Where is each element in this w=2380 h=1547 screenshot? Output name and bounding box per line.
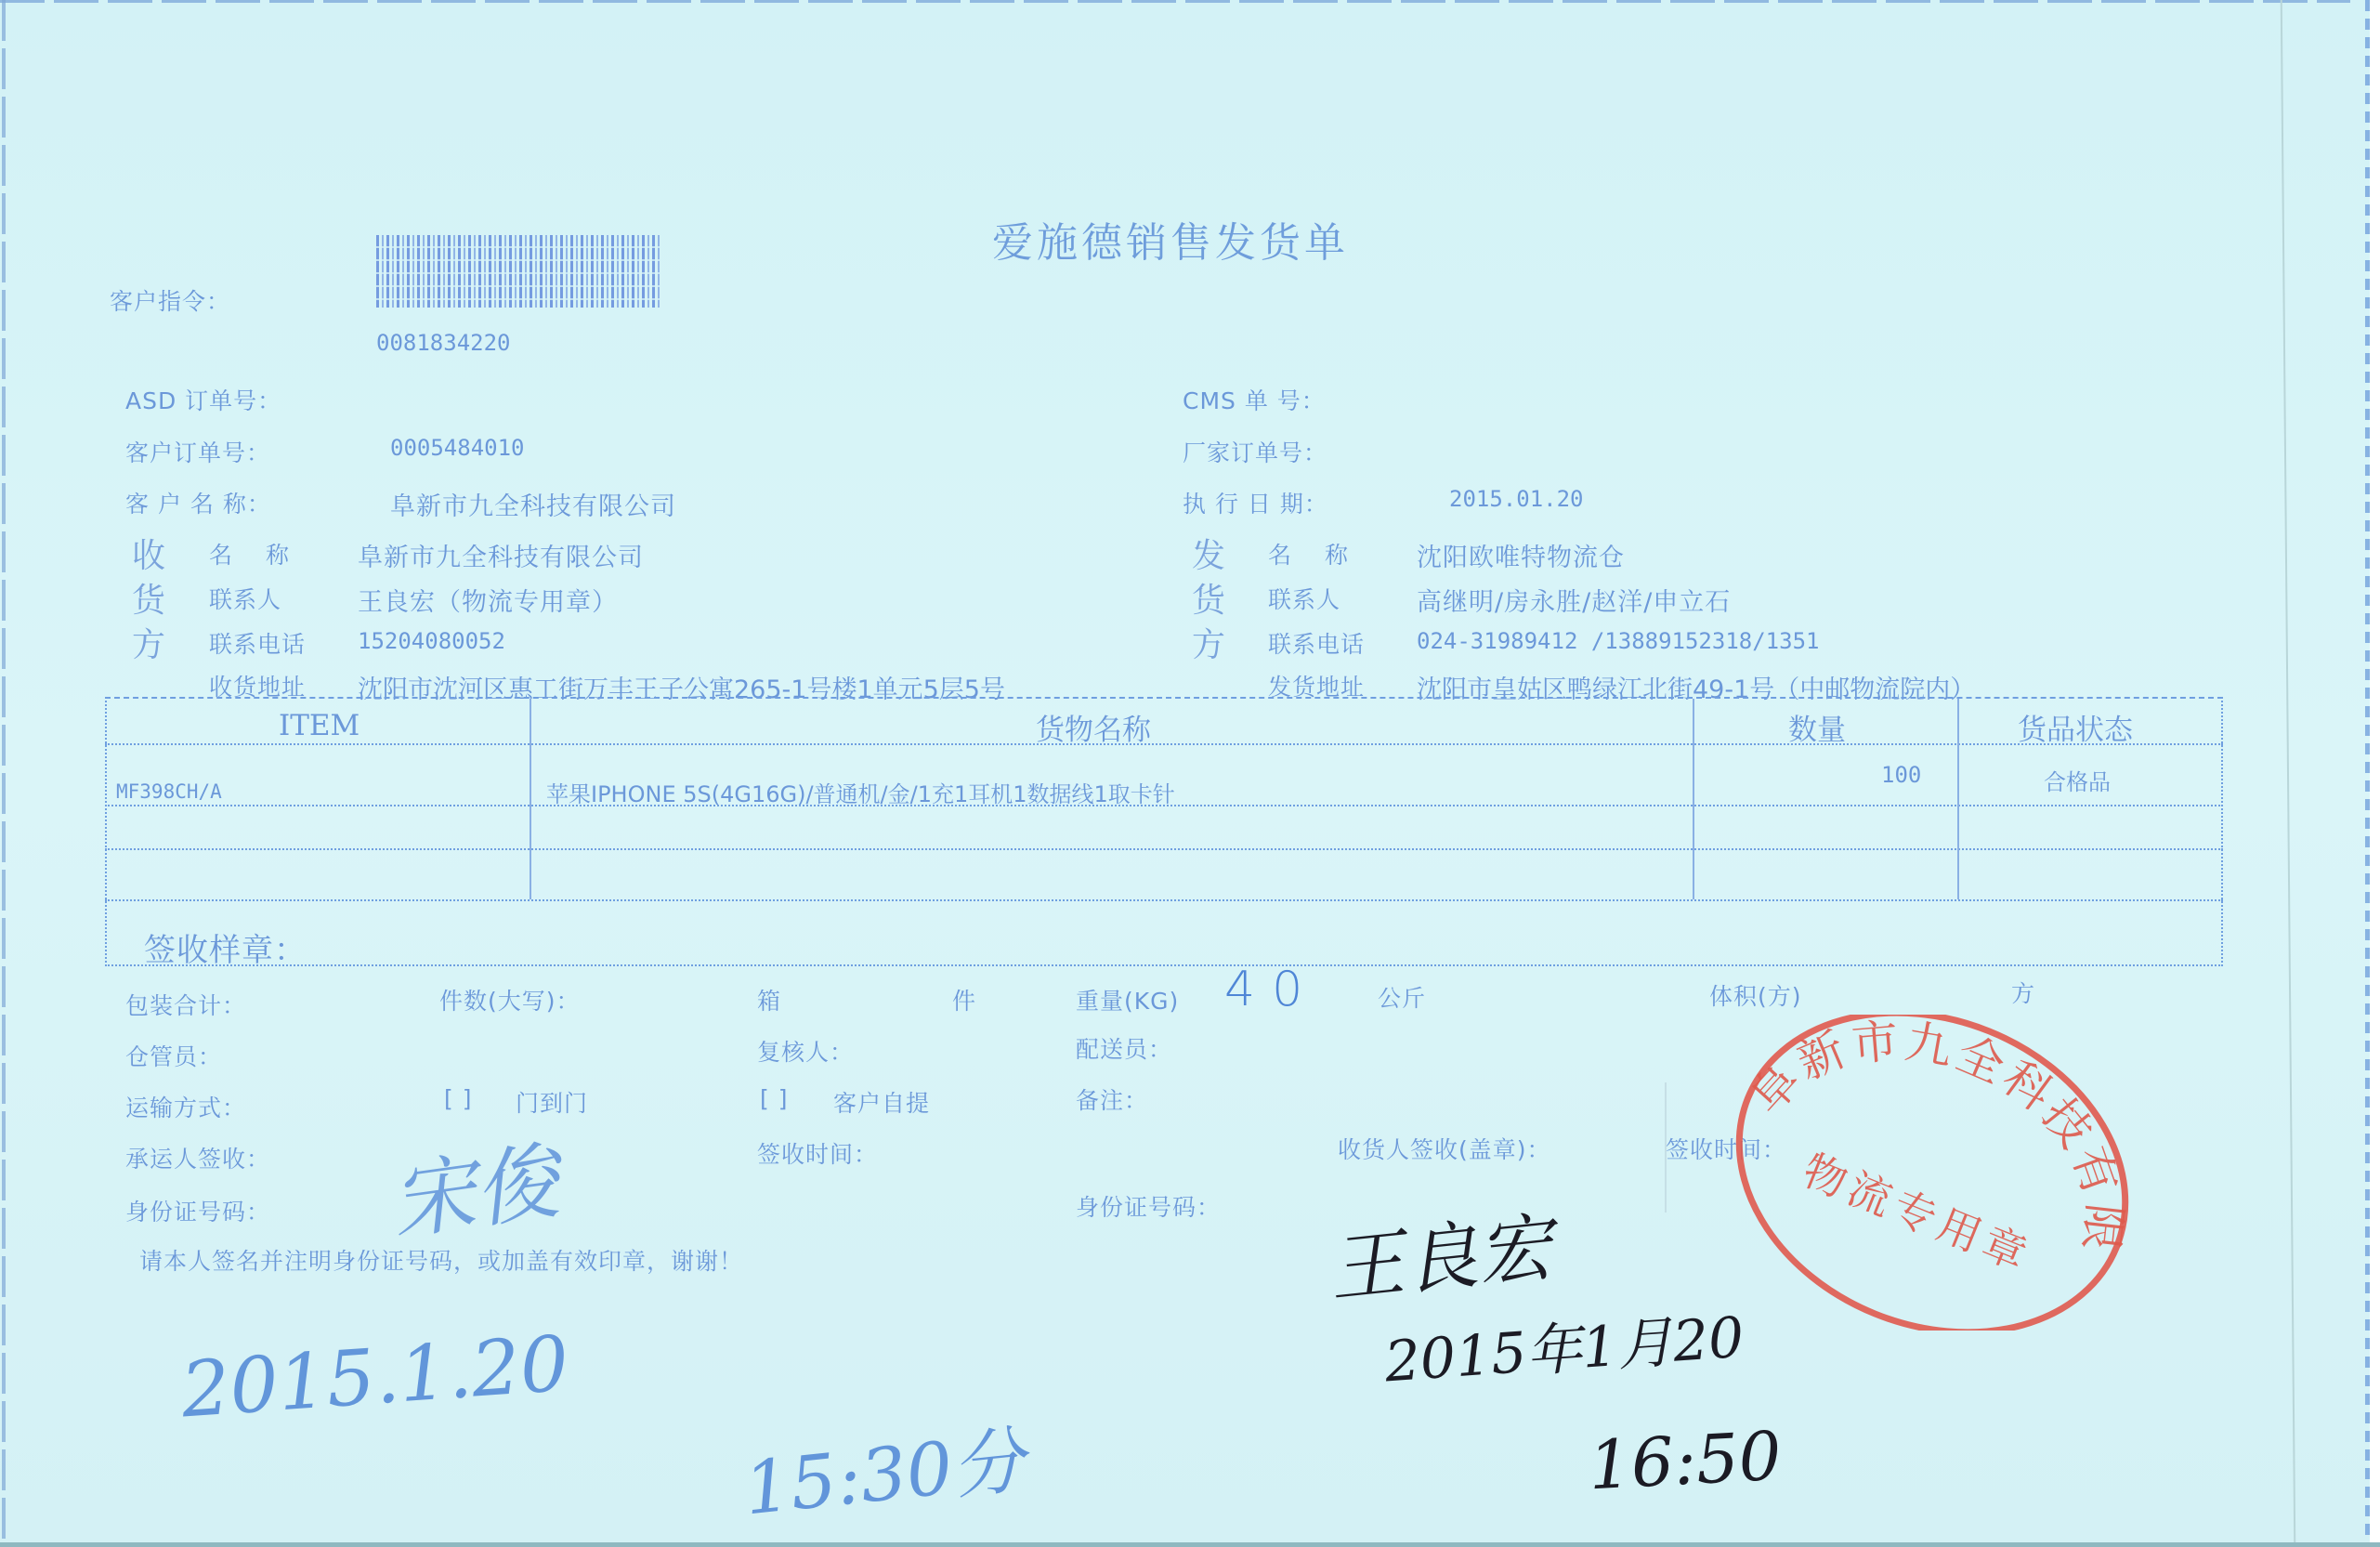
table-header-quantity: 数量: [1788, 706, 1846, 748]
consignee-time-handwritten: 16:50: [1587, 1417, 1784, 1505]
receiver-name-label: 名 称: [209, 537, 302, 570]
door-to-door-label: 门到门: [516, 1085, 588, 1119]
table-header-divider: [105, 743, 2223, 745]
exec-date-value: 2015.01.20: [1449, 486, 1584, 512]
row-quantity: 100: [1881, 762, 1921, 788]
customer-order-value: 0005484010: [390, 435, 525, 461]
customer-name-value: 阜新市九全科技有限公司: [390, 486, 676, 522]
consignee-id-number-label: 身份证号码：: [1076, 1189, 1221, 1223]
customer-instruction-number: 0081834220: [376, 330, 511, 356]
sign-time-label: 签收时间：: [757, 1136, 878, 1170]
sender-phone-value: 024-31989412 /13889152318/1351: [1417, 628, 1819, 654]
warehouse-keeper-label: 仓管员：: [125, 1039, 222, 1072]
pieces-label: 件数(大写)：: [439, 983, 581, 1016]
carrier-signature-handwritten: 宋俊: [383, 1113, 565, 1256]
package-total-label: 包装合计：: [125, 988, 246, 1021]
volume-label: 体积(方): [1709, 978, 1802, 1012]
receiver-contact-value: 王良宏（物流专用章）: [358, 582, 618, 618]
delivery-person-label: 配送员：: [1076, 1031, 1172, 1065]
sign-sample-label: 签收样章：: [144, 924, 307, 970]
self-pickup-label: 客户自提: [833, 1085, 930, 1119]
sender-contact-value: 高继明/房永胜/赵洋/申立石: [1417, 582, 1731, 618]
signature-divider: [1665, 1082, 1667, 1213]
carrier-id-number-label: 身份证号码：: [125, 1194, 270, 1227]
table-col-divider: [1957, 699, 1959, 899]
weight-label: 重量(KG): [1076, 983, 1179, 1016]
receiver-side-char-2: 货: [132, 574, 166, 622]
receiver-side-char-1: 收: [132, 530, 166, 577]
factory-order-label: 厂家订单号：: [1183, 435, 1327, 468]
row-goods-status: 合格品: [2044, 764, 2111, 796]
company-seal-stamp: 阜新市九全科技有限公司: [1728, 1015, 2137, 1331]
receiver-contact-label: 联系人: [209, 582, 281, 615]
customer-instruction-label: 客户指令：: [110, 283, 230, 317]
self-pickup-checkbox[interactable]: [ ]: [760, 1085, 788, 1112]
piece-unit-label: 件: [952, 983, 976, 1016]
table-col-divider: [530, 699, 531, 899]
reviewer-label: 复核人：: [757, 1034, 854, 1068]
sender-side-char-1: 发: [1192, 530, 1226, 577]
exec-date-label: 执 行 日 期：: [1183, 486, 1328, 519]
receiver-phone-value: 15204080052: [358, 628, 505, 654]
sender-name-label: 名 称: [1268, 537, 1361, 570]
weight-unit: 公斤: [1378, 980, 1426, 1014]
asd-order-label: ASD 订单号：: [125, 383, 281, 416]
transport-method-label: 运输方式：: [125, 1090, 246, 1123]
sender-side-char-2: 货: [1192, 574, 1226, 622]
table-header-item: ITEM: [279, 709, 360, 742]
barcode-icon: [376, 235, 660, 308]
table-row-divider: [105, 899, 2223, 901]
consignee-sign-label: 收货人签收(盖章)：: [1338, 1132, 1551, 1165]
sender-contact-label: 联系人: [1268, 582, 1340, 615]
sender-name-value: 沈阳欧唯特物流仓: [1417, 537, 1625, 573]
goods-table: [105, 697, 2223, 966]
weight-value-handwritten: 40: [1224, 962, 1319, 1017]
door-to-door-checkbox[interactable]: [ ]: [444, 1085, 472, 1112]
box-label: 箱: [757, 983, 781, 1016]
receiver-name-value: 阜新市九全科技有限公司: [358, 537, 644, 573]
customer-name-label: 客 户 名 称：: [125, 486, 271, 519]
receiver-phone-label: 联系电话: [209, 626, 306, 660]
paper-right-margin: [2370, 0, 2380, 1547]
row-item-code: MF398CH/A: [116, 780, 222, 803]
customer-order-label: 客户订单号：: [125, 435, 270, 468]
receiver-side-char-3: 方: [132, 619, 166, 666]
table-header-goods-name: 货物名称: [1036, 706, 1151, 748]
perforated-left-edge: [2, 0, 6, 1547]
volume-unit: 方: [2011, 976, 2035, 1009]
remarks-label: 备注：: [1076, 1082, 1148, 1116]
table-header-goods-status: 货品状态: [2018, 706, 2133, 748]
document-title: 爱施德销售发货单: [992, 209, 1349, 269]
carrier-sign-label: 承运人签收：: [125, 1141, 270, 1174]
cms-number-label: CMS 单 号：: [1183, 383, 1326, 416]
sender-side-char-3: 方: [1192, 619, 1226, 666]
perforated-top-edge: [0, 0, 2350, 3]
row-goods-name: 苹果IPHONE 5S(4G16G)/普通机/金/1充1耳机1数据线1取卡针: [546, 776, 1175, 808]
paper-bottom-edge: [0, 1542, 2380, 1547]
sender-phone-label: 联系电话: [1268, 626, 1365, 660]
table-row-divider: [105, 848, 2223, 850]
table-col-divider: [1693, 699, 1694, 899]
